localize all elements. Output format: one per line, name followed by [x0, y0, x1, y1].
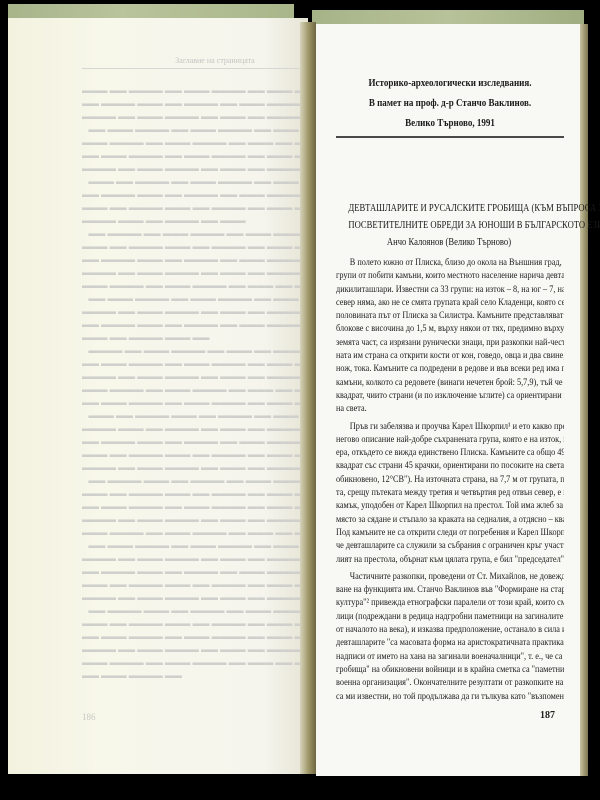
text-line: земята част, са изрязани рунически знаци…	[336, 336, 564, 349]
text-line: групи от побити камъни, които местното н…	[336, 269, 564, 282]
text-line: са ми известни, но той продължава да ги …	[336, 690, 564, 703]
paragraph: Пръв ги забелязва и проучва Карел Шкорпи…	[336, 420, 564, 566]
text-line: девташларите "са масовата форма на арист…	[336, 636, 564, 649]
text-line: половината път от Плиска за Силистра. Ка…	[336, 309, 564, 322]
text-line: гробища" на обикновени войници и в крайн…	[336, 663, 564, 676]
series-line: Историко-археологически изследвания.	[355, 74, 544, 94]
text-line: надписи от името на хана на загинали вое…	[336, 650, 564, 663]
text-line: обикновено, 12°СВ"). На източната страна…	[336, 473, 564, 486]
text-line: лици (подреждани в редица надгробни паме…	[336, 610, 564, 623]
article-title: ДЕВТАШЛАРИТЕ И РУСАЛСКИТЕ ГРОБИЩА (КЪМ В…	[348, 200, 549, 234]
text-line: Частичните разкопки, проведени от Ст. Ми…	[336, 570, 564, 583]
series-line: Велико Търново, 1991	[355, 114, 544, 134]
text-line: Пръв ги забелязва и проучва Карел Шкорпи…	[336, 420, 564, 433]
text-line: квадрат със страни 45 крачки, ориентиран…	[336, 459, 564, 472]
book-gutter	[300, 22, 316, 774]
paragraph: В полето южно от Плиска, близо до окола …	[336, 256, 564, 416]
text-line: блокове с височина до 1,5 м, върху някои…	[336, 322, 564, 335]
paragraph: Частичните разкопки, проведени от Ст. Ми…	[336, 570, 564, 703]
text-line: Под камъните не са открити следи от погр…	[336, 526, 564, 539]
series-heading: Историко-археологически изследвания. В п…	[355, 74, 544, 134]
text-line: ера, откъдето се вижда единствено Плиска…	[336, 446, 564, 459]
text-line: военна организация". Окончателните резул…	[336, 676, 564, 689]
title-line: ПОСВЕТИТЕЛНИТЕ ОБРЕДИ ЗА ЮНОШИ В БЪЛГАРС…	[348, 217, 549, 234]
text-line: север няма, ако не се смята групата край…	[336, 296, 564, 309]
text-line: негово описание най-добре съхранената гр…	[336, 433, 564, 446]
text-line: дикилиташлари. Известни са 33 групи: на …	[336, 283, 564, 296]
text-line: от началото на века), и изказва предполо…	[336, 623, 564, 636]
text-line: място за сядане и стъпало за краката на …	[336, 513, 564, 526]
right-page-edge	[580, 24, 588, 776]
left-page-running-head: Заглавие на страницата	[130, 56, 300, 65]
left-page-number: 186	[82, 712, 96, 722]
book-spread: Заглавие на страницата ▬▬▬ ▬▬ ▬▬▬▬ ▬▬ ▬▬…	[0, 0, 600, 800]
text-line: ната им страна са открити кости от кон, …	[336, 349, 564, 362]
text-line: култура"² привежда етнографски паралели …	[336, 596, 564, 609]
text-line: лият на престола, обърнат към цялата гру…	[336, 553, 564, 566]
series-rule	[336, 136, 564, 138]
text-line: ване на функцията им. Станчо Ваклинов въ…	[336, 583, 564, 596]
article-body: В полето южно от Плиска, близо до окола …	[336, 256, 564, 703]
text-line: камък, уподобен от Карел Шкорпил на прес…	[336, 499, 564, 512]
page-number: 187	[540, 710, 555, 721]
text-line: квадрат, чиито страни (и по изключение ъ…	[336, 389, 564, 402]
text-line: че девташларите са служили за събрания с…	[336, 539, 564, 552]
text-line: та, срещу пътеката между третия и четвър…	[336, 486, 564, 499]
left-page-bleed-text: ▬▬▬ ▬▬ ▬▬▬▬ ▬▬ ▬▬▬ ▬▬▬▬ ▬▬ ▬▬▬ ▬▬▬▬ ▬▬ ▬…	[82, 84, 306, 682]
left-page-header-rule	[82, 68, 306, 69]
title-line: ДЕВТАШЛАРИТЕ И РУСАЛСКИТЕ ГРОБИЩА (КЪМ В…	[348, 200, 549, 217]
text-line: В полето южно от Плиска, близо до окола …	[336, 256, 564, 269]
series-line: В памет на проф. д-р Станчо Ваклинов.	[355, 94, 544, 114]
text-line: нож, тока. Камъните са подредени в редов…	[336, 362, 564, 375]
text-line: камъни, колкото са редовете (винаги нече…	[336, 376, 564, 389]
text-line: на света.	[336, 402, 564, 415]
article-author: Анчо Калоянов (Велико Търново)	[348, 237, 549, 248]
